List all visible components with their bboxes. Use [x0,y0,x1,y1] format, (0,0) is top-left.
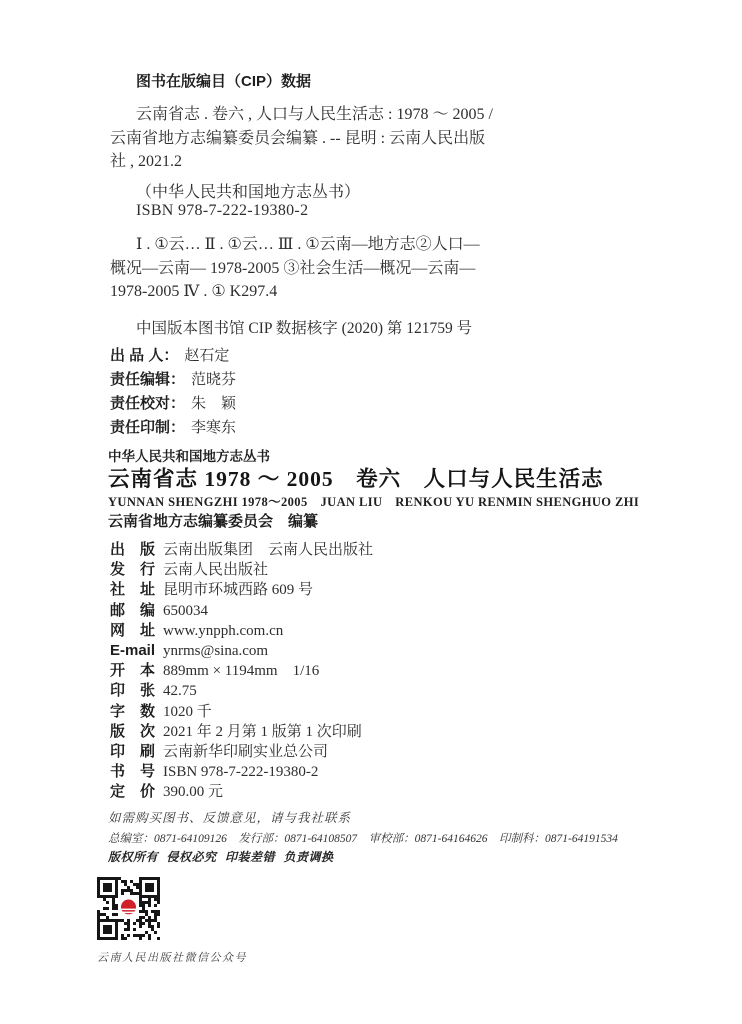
publication-row: 印 刷云南新华印刷实业总公司 [110,742,373,762]
publication-value: www.ynpph.com.cn [163,623,283,639]
credit-label: 责任印制： [110,419,185,436]
cip-classification-line: Ⅰ . ①云… Ⅱ . ①云… Ⅲ . ①云南—地方志②人口— [110,233,580,257]
cip-description-line: 社 , 2021.2 [110,150,570,174]
publication-label: 书 号 [110,762,156,782]
publication-label: 社 址 [110,580,156,600]
book-copyright-page: 图书在版编目（CIP）数据 云南省志 . 卷六 , 人口与人民生活志 : 197… [0,0,742,1024]
qr-code [97,877,160,940]
cip-isbn: ISBN 978-7-222-19380-2 [110,202,308,220]
publication-value: ISBN 978-7-222-19380-2 [163,764,318,780]
credit-value: 范晓芬 [191,372,236,388]
publication-label: 开 本 [110,661,156,681]
publication-value: 42.75 [163,683,197,699]
credit-label: 责任编辑： [110,371,185,388]
cip-heading: 图书在版编目（CIP）数据 [110,70,311,91]
publication-value: ynrms@sina.com [163,643,268,659]
publication-value: 889mm × 1194mm 1/16 [163,663,319,679]
publication-info-list: 出 版云南出版集团 云南人民出版社 发 行云南人民出版社 社 址昆明市环城西路 … [110,540,373,803]
publication-row: 出 版云南出版集团 云南人民出版社 [110,540,373,560]
publication-label: 网 址 [110,621,156,641]
cip-classification: Ⅰ . ①云… Ⅱ . ①云… Ⅲ . ①云南—地方志②人口— 概况—云南— 1… [110,233,580,304]
cip-series-note: （中华人民共和国地方志丛书） [110,179,360,202]
cip-record-number: 中国版本图书馆 CIP 数据核字 (2020) 第 121759 号 [110,316,472,338]
copyright-slogan: 版权所有 侵权必究 印装差错 负责调换 [108,848,334,865]
cip-description-line: 云南省志 . 卷六 , 人口与人民生活志 : 1978 ～ 2005 / [110,103,570,127]
publication-label: 定 价 [110,782,156,802]
credit-row: 责任校对：朱 颖 [110,392,236,416]
publication-row: 版 次2021 年 2 月第 1 版第 1 次印刷 [110,722,373,742]
publisher-logo-icon [119,897,138,918]
publication-row: 社 址昆明市环城西路 609 号 [110,580,373,600]
publication-row: 定 价390.00 元 [110,782,373,802]
cip-classification-line: 概况—云南— 1978-2005 ③社会生活—概况—云南— [110,257,580,281]
publication-row: 网 址www.ynpph.com.cn [110,621,373,641]
publication-value: 昆明市环城西路 609 号 [163,582,313,598]
credit-row: 责任印制：李寒东 [110,416,236,440]
credit-value: 朱 颖 [191,396,236,412]
publication-label: 印 张 [110,681,156,701]
publication-value: 云南新华印刷实业总公司 [163,744,328,760]
publication-label: 发 行 [110,560,156,580]
publication-label: 字 数 [110,702,156,722]
publication-value: 云南人民出版社 [163,562,268,578]
credit-value: 赵石定 [184,348,229,364]
contact-note: 如需购买图书、反馈意见，请与我社联系 [108,808,351,826]
contact-phone-numbers: 总编室：0871-64109126 发行部：0871-64108507 审校部：… [108,830,618,846]
cip-description: 云南省志 . 卷六 , 人口与人民生活志 : 1978 ～ 2005 / 云南省… [110,103,570,174]
credit-label: 出 品 人： [110,347,178,364]
credits-list: 出 品 人：赵石定 责任编辑：范晓芬 责任校对：朱 颖 责任印制：李寒东 [110,344,236,440]
credit-value: 李寒东 [191,420,236,436]
publication-label: 版 次 [110,722,156,742]
publication-value: 1020 千 [163,704,212,720]
publication-value: 650034 [163,603,208,619]
publication-label: 印 刷 [110,742,156,762]
publication-value: 2021 年 2 月第 1 版第 1 次印刷 [163,724,362,740]
publication-row: 书 号ISBN 978-7-222-19380-2 [110,762,373,782]
qr-caption: 云南人民出版社微信公众号 [97,949,267,965]
publication-row: 发 行云南人民出版社 [110,560,373,580]
cip-classification-line: 1978-2005 Ⅳ . ① K297.4 [110,280,580,304]
publication-row: 字 数1020 千 [110,702,373,722]
book-title-pinyin: YUNNAN SHENGZHI 1978～2005 JUAN LIU RENKO… [108,492,639,510]
publication-value: 390.00 元 [163,784,223,800]
publication-label: 出 版 [110,540,156,560]
publication-row: 开 本889mm × 1194mm 1/16 [110,661,373,681]
book-compiler: 云南省地方志编纂委员会 编纂 [108,510,318,531]
publication-value: 云南出版集团 云南人民出版社 [163,542,373,558]
publication-label: E-mail [110,641,156,661]
publication-label: 邮 编 [110,601,156,621]
credit-label: 责任校对： [110,395,185,412]
publication-row: E-mailynrms@sina.com [110,641,373,661]
qr-block: 云南人民出版社微信公众号 [97,877,267,965]
cip-description-line: 云南省地方志编纂委员会编纂 . -- 昆明 : 云南人民出版 [110,127,570,151]
publication-row: 邮 编650034 [110,601,373,621]
book-title: 云南省志 1978 ～ 2005 卷六 人口与人民生活志 [108,462,604,493]
publication-row: 印 张42.75 [110,681,373,701]
credit-row: 出 品 人：赵石定 [110,344,236,368]
credit-row: 责任编辑：范晓芬 [110,368,236,392]
